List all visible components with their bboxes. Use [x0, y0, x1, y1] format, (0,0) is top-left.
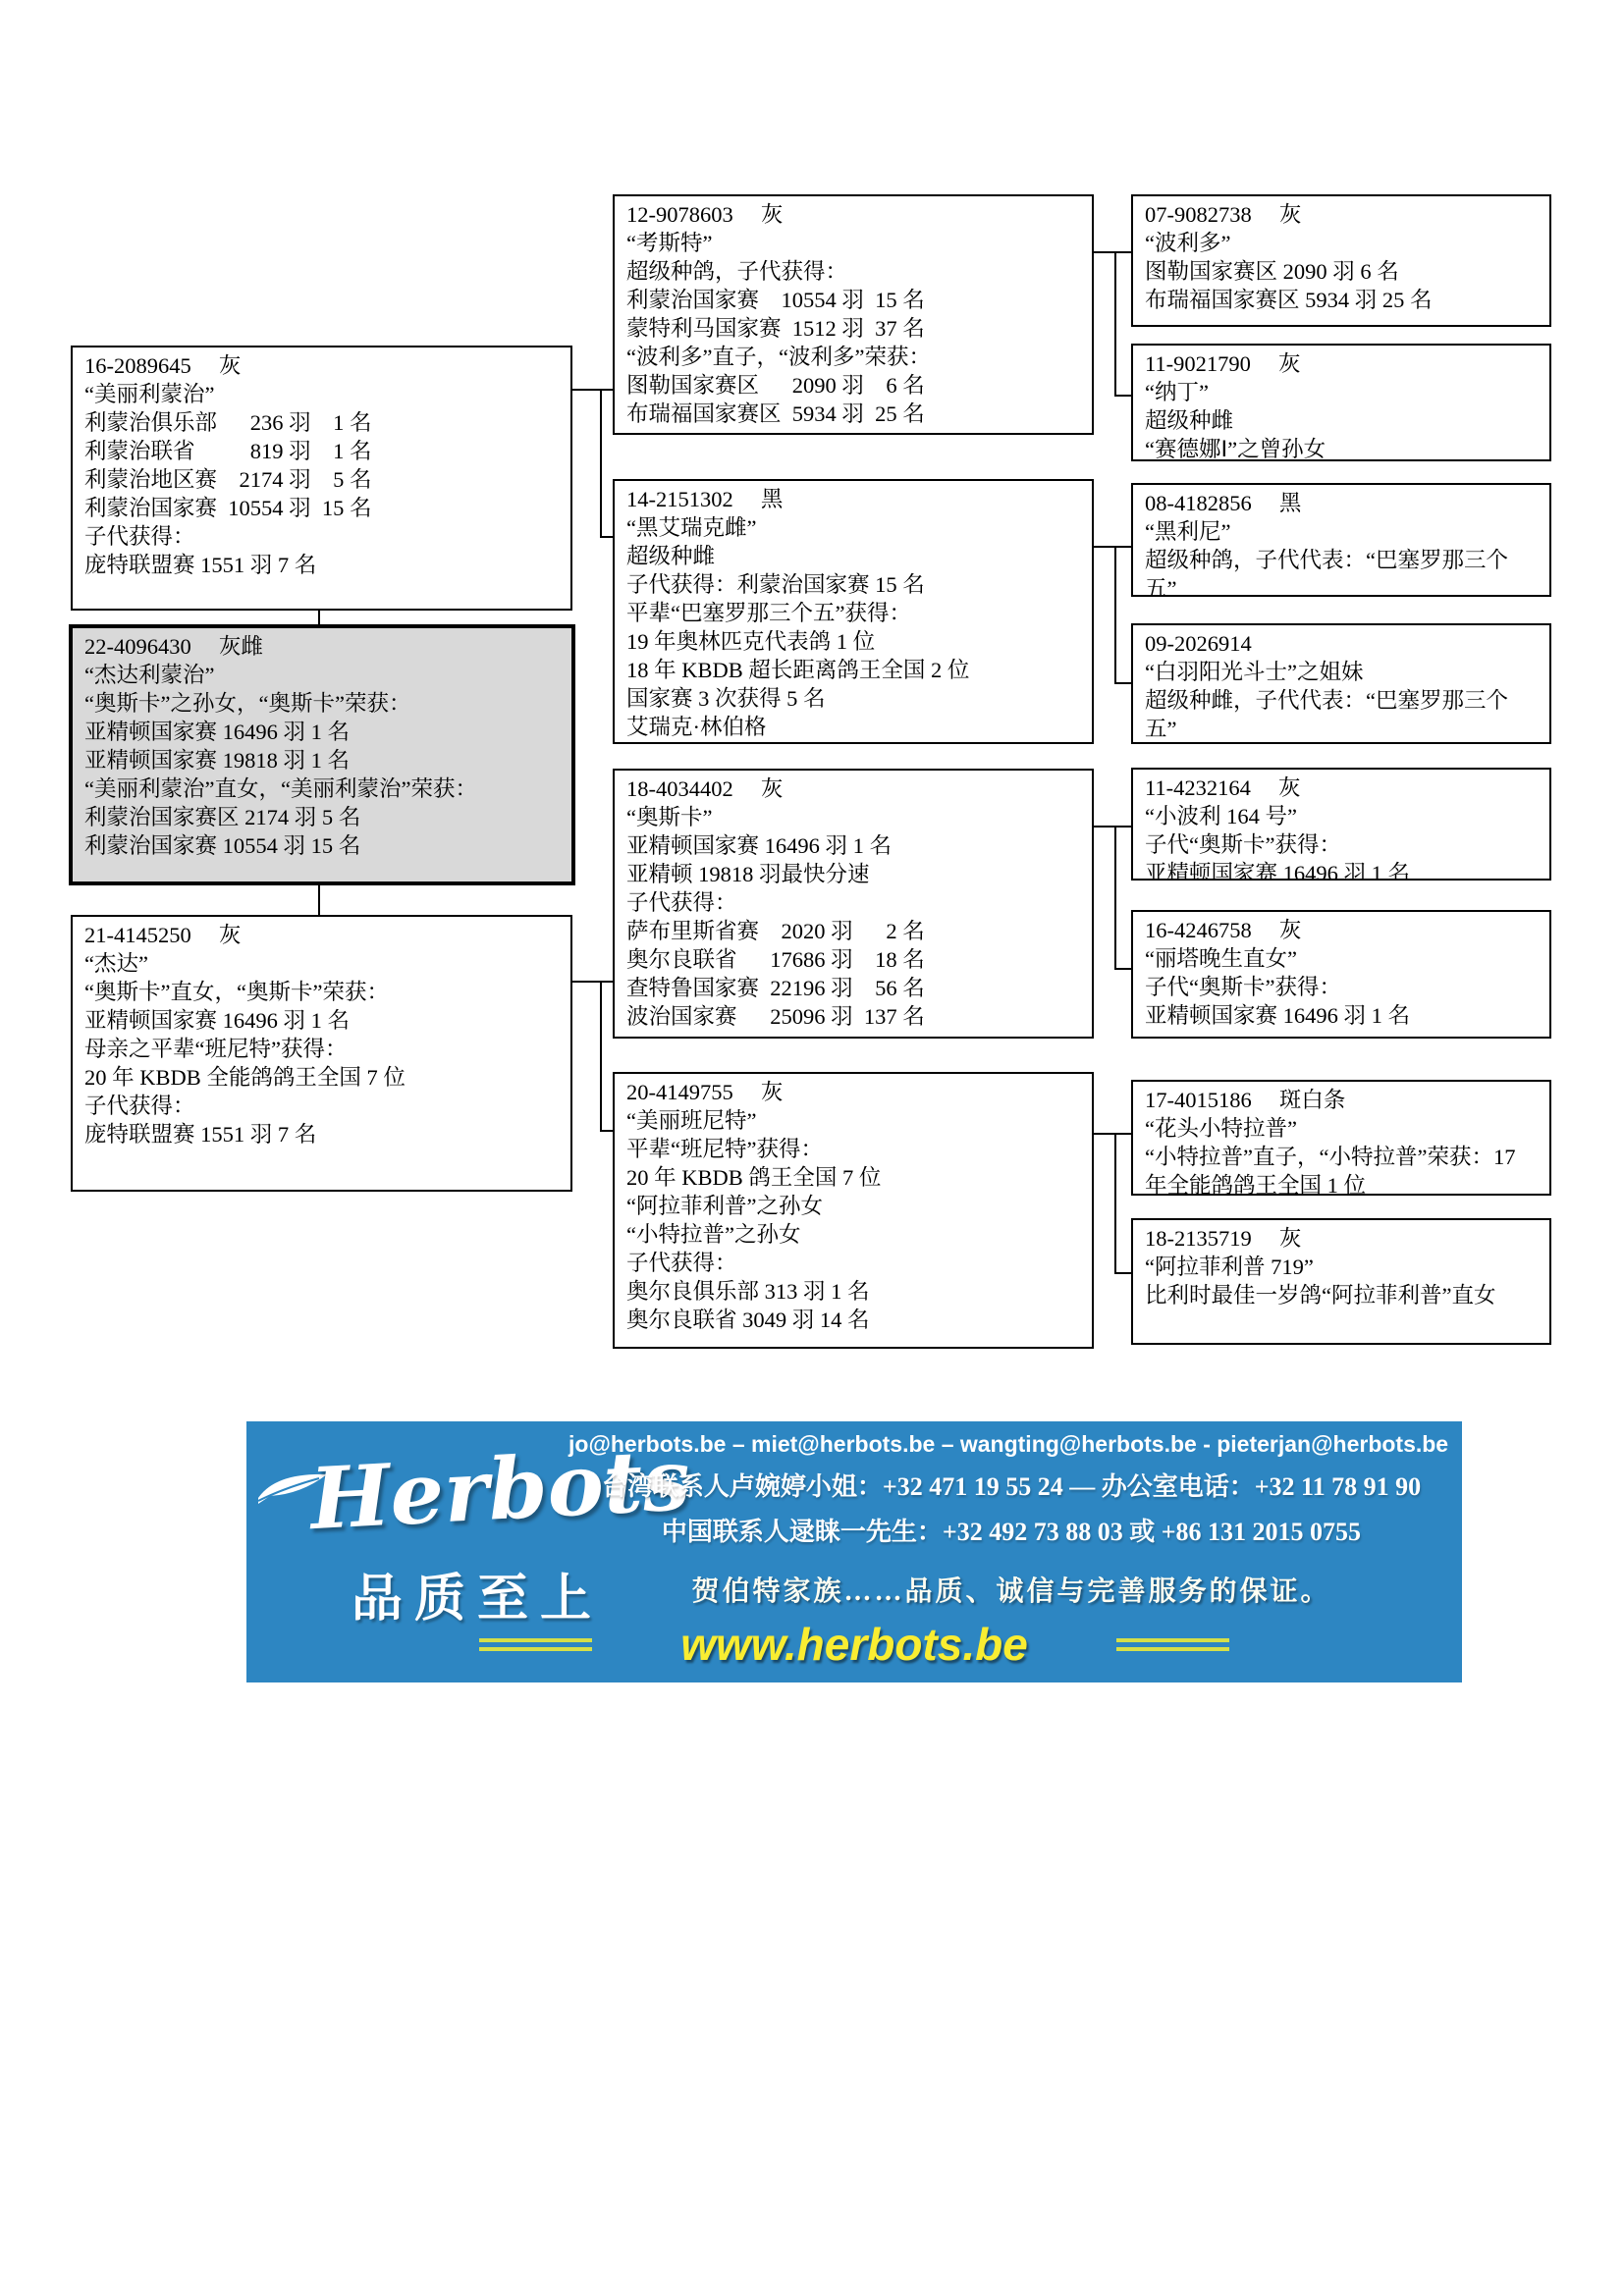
text-line: “美丽利蒙治” [84, 380, 559, 408]
text-line: “杰达” [84, 949, 559, 978]
text-line: 子代获得： [84, 522, 559, 551]
text-line: 超级种鸽，子代代表：“巴塞罗那三个五” [1145, 546, 1538, 597]
text-line: 17-4015186 斑白条 [1145, 1086, 1538, 1114]
text-line: “小特拉普”直子，“小特拉普”荣获：17 年全能鸽鸽王全国 1 位 [1145, 1143, 1538, 1196]
pedigree-page: 16-2089645 灰“美丽利蒙治”利蒙治俱乐部 236 羽 1 名利蒙治联省… [0, 0, 1624, 2296]
banner-slogan: 贺伯特家族……品质、诚信与完善服务的保证。 [561, 1570, 1462, 1609]
text-line: “美丽班尼特” [626, 1106, 1080, 1135]
text-line: “美丽利蒙治”直女，“美丽利蒙治”荣获： [84, 774, 560, 803]
pedigree-box-ggp-7: 17-4015186 斑白条“花头小特拉普”“小特拉普”直子，“小特拉普”荣获：… [1131, 1080, 1551, 1196]
text-line: 16-2089645 灰 [84, 351, 559, 380]
text-line: 22-4096430 灰雌 [84, 632, 560, 661]
text-line: 16-4246758 灰 [1145, 916, 1538, 944]
text-line: 利蒙治国家赛 10554 羽 15 名 [84, 831, 560, 860]
pedigree-box-ggp-8: 18-2135719 灰“阿拉菲利普 719”比利时最佳一岁鸽“阿拉菲利普”直女 [1131, 1218, 1551, 1345]
pedigree-box-ggp-6: 16-4246758 灰“丽塔晚生直女”子代“奥斯卡”获得：亚精顿国家赛 164… [1131, 910, 1551, 1039]
pedigree-box-ggp-1: 07-9082738 灰“波利多”图勒国家赛区 2090 羽 6 名布瑞福国家赛… [1131, 194, 1551, 327]
text-line: 20 年 KBDB 鸽王全国 7 位 [626, 1163, 1080, 1192]
herbots-banner: Herbots 品质至上 jo@herbots.be – miet@herbot… [246, 1421, 1462, 1682]
text-line: 子代获得： [84, 1092, 559, 1120]
text-line: 超级种雌 [1145, 406, 1538, 435]
text-line: 亚精顿国家赛 16496 羽 1 名 [626, 831, 1080, 860]
equals-decoration-icon [479, 1638, 592, 1651]
banner-contact-china: 中国联系人逯睐一先生：+32 492 73 88 03 或 +86 131 20… [561, 1512, 1462, 1548]
pedigree-box-ggp-4: 09-2026914“白羽阳光斗士”之姐妹超级种雌，子代代表：“巴塞罗那三个五” [1131, 623, 1551, 744]
text-line: 比利时最佳一岁鸽“阿拉菲利普”直女 [1145, 1281, 1538, 1309]
connector-line [572, 389, 613, 391]
pedigree-box-dam: 21-4145250 灰“杰达”“奥斯卡”直女，“奥斯卡”荣获：亚精顿国家赛 1… [71, 915, 572, 1192]
connector-line [1094, 251, 1131, 253]
pedigree-box-sire-sire: 12-9078603 灰“考斯特”超级种鸽，子代获得：利蒙治国家赛 10554 … [613, 194, 1094, 435]
text-line: 利蒙治国家赛区 2174 羽 5 名 [84, 803, 560, 831]
text-line: 11-4232164 灰 [1145, 774, 1538, 802]
text-line: 奥尔良联省 3049 羽 14 名 [626, 1306, 1080, 1334]
text-line: 19 年奥林匹克代表鸽 1 位 [626, 627, 1080, 656]
text-line: 08-4182856 黑 [1145, 489, 1538, 517]
text-line: “黑艾瑞克雌” [626, 513, 1080, 542]
connector-line [1094, 546, 1131, 548]
text-line: 奥尔良联省 17686 羽 18 名 [626, 945, 1080, 974]
text-line: 21-4145250 灰 [84, 921, 559, 949]
text-line: “杰达利蒙治” [84, 661, 560, 689]
text-line: “黑利尼” [1145, 517, 1538, 546]
text-line: “阿拉菲利普 719” [1145, 1253, 1538, 1281]
text-line: 国家赛 3 次获得 5 名 [626, 684, 1080, 713]
text-line: 亚精顿国家赛 16496 羽 1 名 [1145, 1001, 1538, 1030]
text-line: “阿拉菲利普”之孙女 [626, 1192, 1080, 1220]
connector-line [1114, 251, 1116, 397]
text-line: “白羽阳光斗士”之姐妹 [1145, 658, 1538, 686]
text-line: 艾瑞克·林伯格 [626, 713, 1080, 741]
equals-decoration-icon [1116, 1638, 1229, 1651]
text-line: 09-2026914 [1145, 629, 1538, 658]
text-line: 图勒国家赛区 2090 羽 6 名 [1145, 257, 1538, 286]
pedigree-box-ggp-5: 11-4232164 灰“小波利 164 号”子代“奥斯卡”获得：亚精顿国家赛 … [1131, 768, 1551, 881]
text-line: 子代“奥斯卡”获得： [1145, 830, 1538, 859]
pedigree-box-subject: 22-4096430 灰雌“杰达利蒙治”“奥斯卡”之孙女，“奥斯卡”荣获：亚精顿… [69, 624, 575, 885]
connector-line [1114, 682, 1131, 684]
text-line: 萨布里斯省赛 2020 羽 2 名 [626, 917, 1080, 945]
connector-line [318, 885, 320, 915]
text-line: 庞特联盟赛 1551 羽 7 名 [84, 1120, 559, 1148]
text-line: 母亲之平辈“班尼特”获得： [84, 1035, 559, 1063]
text-line: “奥斯卡”直女，“奥斯卡”荣获： [84, 978, 559, 1006]
connector-line [1114, 395, 1131, 397]
pedigree-box-dam-dam: 20-4149755 灰“美丽班尼特”平辈“班尼特”获得：20 年 KBDB 鸽… [613, 1072, 1094, 1349]
text-line: 波治国家赛 25096 羽 137 名 [626, 1002, 1080, 1031]
text-line: 亚精顿国家赛 16496 羽 1 名 [84, 718, 560, 746]
text-line: 子代获得：利蒙治国家赛 15 名 [626, 570, 1080, 599]
connector-line [1114, 1133, 1116, 1274]
text-line: “纳丁” [1145, 378, 1538, 406]
text-line: 亚精顿 19818 羽最快分速 [626, 860, 1080, 888]
text-line: “奥斯卡” [626, 803, 1080, 831]
text-line: 超级种雌，子代代表：“巴塞罗那三个五” [1145, 686, 1538, 743]
connector-line [600, 1130, 613, 1132]
text-line: 布瑞福国家赛区 5934 羽 25 名 [1145, 286, 1538, 314]
text-line: “赛德娜Ⅰ”之曾孙女 [1145, 435, 1538, 461]
text-line: 平辈“班尼特”获得： [626, 1135, 1080, 1163]
banner-website-row: www.herbots.be [246, 1618, 1462, 1671]
connector-line [1114, 826, 1116, 970]
text-line: 12-9078603 灰 [626, 200, 1080, 229]
connector-line [600, 389, 602, 538]
text-line: 利蒙治国家赛 10554 羽 15 名 [626, 286, 1080, 314]
connector-line [1114, 1272, 1131, 1274]
text-line: 利蒙治国家赛 10554 羽 15 名 [84, 494, 559, 522]
pedigree-box-dam-sire: 18-4034402 灰“奥斯卡”亚精顿国家赛 16496 羽 1 名亚精顿 1… [613, 769, 1094, 1039]
text-line: “小波利 164 号” [1145, 802, 1538, 830]
pedigree-box-sire: 16-2089645 灰“美丽利蒙治”利蒙治俱乐部 236 羽 1 名利蒙治联省… [71, 346, 572, 611]
text-line: 图勒国家赛区 2090 羽 6 名 [626, 371, 1080, 400]
text-line: 利蒙治联省 819 羽 1 名 [84, 437, 559, 465]
banner-emails: jo@herbots.be – miet@herbots.be – wangti… [561, 1431, 1462, 1458]
text-line: 子代获得： [626, 1249, 1080, 1277]
text-line: 查特鲁国家赛 22196 羽 56 名 [626, 974, 1080, 1002]
banner-contact-block: jo@herbots.be – miet@herbots.be – wangti… [561, 1421, 1462, 1609]
connector-line [1094, 1133, 1131, 1135]
connector-line [600, 981, 602, 1132]
text-line: 14-2151302 黑 [626, 485, 1080, 513]
text-line: 超级种雌 [626, 542, 1080, 570]
text-line: 超级种鸽，子代获得： [626, 257, 1080, 286]
text-line: 布瑞福国家赛区 5934 羽 25 名 [626, 400, 1080, 428]
text-line: 11-9021790 灰 [1145, 349, 1538, 378]
text-line: 20-4149755 灰 [626, 1078, 1080, 1106]
text-line: 20 年 KBDB 全能鸽鸽王全国 7 位 [84, 1063, 559, 1092]
text-line: “花头小特拉普” [1145, 1114, 1538, 1143]
connector-line [600, 536, 613, 538]
text-line: “波利多”直子，“波利多”荣获： [626, 343, 1080, 371]
text-line: “考斯特” [626, 229, 1080, 257]
connector-line [1114, 968, 1131, 970]
text-line: 亚精顿国家赛 16496 羽 1 名 [1145, 859, 1538, 881]
text-line: 子代获得： [626, 888, 1080, 917]
pedigree-box-ggp-2: 11-9021790 灰“纳丁”超级种雌“赛德娜Ⅰ”之曾孙女 [1131, 344, 1551, 461]
text-line: 平辈“巴塞罗那三个五”获得： [626, 599, 1080, 627]
text-line: 18 年 KBDB 超长距离鸽王全国 2 位 [626, 656, 1080, 684]
text-line: 蒙特利马国家赛 1512 羽 37 名 [626, 314, 1080, 343]
connector-line [1114, 546, 1116, 684]
text-line: 亚精顿国家赛 16496 羽 1 名 [84, 1006, 559, 1035]
text-line: “丽塔晚生直女” [1145, 944, 1538, 973]
banner-contact-taiwan: 台湾联系人卢婉婷小姐：+32 471 19 55 24 — 办公室电话：+32 … [561, 1467, 1462, 1503]
pedigree-box-ggp-3: 08-4182856 黑“黑利尼”超级种鸽，子代代表：“巴塞罗那三个五” [1131, 483, 1551, 597]
text-line: 奥尔良俱乐部 313 羽 1 名 [626, 1277, 1080, 1306]
text-line: 18-4034402 灰 [626, 774, 1080, 803]
pedigree-box-sire-dam: 14-2151302 黑“黑艾瑞克雌”超级种雌子代获得：利蒙治国家赛 15 名平… [613, 479, 1094, 744]
text-line: 庞特联盟赛 1551 羽 7 名 [84, 551, 559, 579]
text-line: “小特拉普”之孙女 [626, 1220, 1080, 1249]
connector-line [1094, 826, 1131, 828]
text-line: 利蒙治地区赛 2174 羽 5 名 [84, 465, 559, 494]
banner-website: www.herbots.be [680, 1618, 1028, 1671]
text-line: 07-9082738 灰 [1145, 200, 1538, 229]
connector-line [572, 981, 613, 983]
text-line: 子代“奥斯卡”获得： [1145, 973, 1538, 1001]
connector-line [318, 611, 320, 624]
text-line: 利蒙治俱乐部 236 羽 1 名 [84, 408, 559, 437]
text-line: 18-2135719 灰 [1145, 1224, 1538, 1253]
text-line: 亚精顿国家赛 19818 羽 1 名 [84, 746, 560, 774]
text-line: “波利多” [1145, 229, 1538, 257]
text-line: “奥斯卡”之孙女，“奥斯卡”荣获： [84, 689, 560, 718]
